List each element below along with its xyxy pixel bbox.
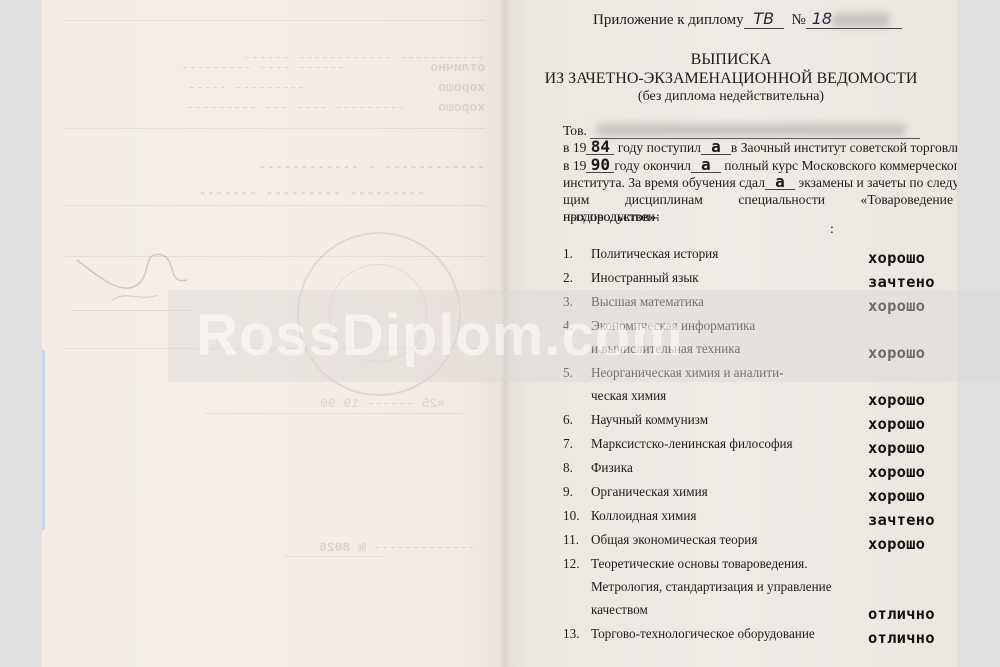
diploma-number: 18 — [806, 10, 902, 29]
subject-grade: зачтено — [868, 273, 935, 291]
subject-grade: хорошо — [868, 415, 925, 433]
subject-row: 6.Научный коммунизмхорошо — [563, 412, 943, 432]
intro-line-1: в 1984 году поступилав Заочный институт … — [563, 139, 953, 156]
subject-name: Органическая химия — [591, 484, 708, 500]
year-enrolled: 84 — [586, 140, 614, 155]
title-line-2: ИЗ ЗАЧЕТНО-ЭКЗАМЕНАЦИОННОЙ ВЕДОМОСТИ — [505, 69, 957, 88]
watermark: RossDiplom.com — [196, 290, 684, 382]
subject-name: Физика — [591, 460, 633, 476]
intro-line-4: щим дисциплинам специальности «Товаровед… — [563, 191, 953, 208]
subject-name: Научный коммунизм — [591, 412, 708, 428]
subject-number: 6. — [563, 412, 573, 428]
subject-grade: отлично — [868, 629, 935, 647]
subject-name: Иностранный язык — [591, 270, 699, 286]
bleed-date: «25 ------ 19 90 — [320, 396, 445, 411]
bleed-grade-3: хорошо — [438, 100, 485, 115]
subject-number: 11. — [563, 532, 579, 548]
gender-suffix-1: а — [701, 140, 731, 155]
subject-number: 12. — [563, 556, 579, 572]
number-sign: № — [791, 12, 805, 28]
bleed-grade-1: отлично — [430, 60, 485, 75]
bleed-grade-2: хорошо — [438, 80, 485, 95]
year-graduated: 90 — [586, 158, 614, 173]
subject-number: 10. — [563, 508, 579, 524]
subject-row: 12.Теоретические основы товароведения.Ме… — [563, 556, 943, 576]
subject-row: 1.Политическая историяхорошо — [563, 246, 943, 266]
student-name-redacted — [590, 123, 920, 139]
subject-number: 8. — [563, 460, 573, 476]
subject-name: Марксистско-ленинская философия — [591, 436, 793, 452]
intro-line-2: в 1990году окончила полный курс Московск… — [563, 157, 953, 174]
subject-name-continued: ческая химия — [591, 388, 666, 404]
intro-paragraph: Тов. в 1984 году поступилав Заочный инст… — [563, 122, 953, 226]
subject-grade: хорошо — [868, 439, 925, 457]
subject-grade: хорошо — [868, 249, 925, 267]
subject-name: Коллоидная химия — [591, 508, 696, 524]
subject-grade: хорошо — [868, 463, 925, 481]
tov-line: Тов. — [563, 122, 953, 139]
intro-line-5: ных продуктов»: — [563, 208, 953, 225]
subject-grade: хорошо — [868, 487, 925, 505]
diploma-series: ТВ — [744, 10, 784, 29]
subject-grade: зачтено — [868, 511, 935, 529]
subject-name: Торгово-технологическое оборудование — [591, 626, 815, 642]
title-block: ВЫПИСКА ИЗ ЗАЧЕТНО-ЭКЗАМЕНАЦИОННОЙ ВЕДОМ… — [505, 50, 957, 106]
subject-row: 2.Иностранный языкзачтено — [563, 270, 943, 290]
gender-suffix-2: а — [691, 158, 721, 173]
subject-number: 9. — [563, 484, 573, 500]
subject-name: Политическая история — [591, 246, 718, 262]
gender-suffix-3: а — [765, 175, 795, 190]
subject-row: 8.Физикахорошо — [563, 460, 943, 480]
subject-number: 7. — [563, 436, 573, 452]
subject-number: 2. — [563, 270, 573, 286]
subject-name-continued: Метрология, стандартизация и управление — [591, 579, 832, 595]
appendix-line: Приложение к дипломуТВ №18 — [593, 10, 902, 29]
subject-grade: хорошо — [868, 535, 925, 553]
tov-label: Тов. — [563, 123, 587, 138]
title-line-1: ВЫПИСКА — [505, 50, 957, 69]
subject-name-continued: качеством — [591, 602, 648, 618]
title-line-3: (без диплома недействительна) — [505, 88, 957, 106]
subject-name: Теоретические основы товароведения. — [591, 556, 808, 572]
subject-name: Общая экономическая теория — [591, 532, 757, 548]
subject-row: 7.Марксистско-ленинская философияхорошо — [563, 436, 943, 456]
subject-grade: отлично — [868, 605, 935, 623]
subject-row: 13.Торгово-технологическое оборудованиео… — [563, 626, 943, 646]
subject-row: 11.Общая экономическая теорияхорошо — [563, 532, 943, 552]
redacted-number — [832, 13, 890, 27]
subject-row: 10.Коллоидная химиязачтено — [563, 508, 943, 528]
subject-number: 13. — [563, 626, 579, 642]
page-edge — [42, 350, 45, 530]
intro-line-3: института. За время обучения сдала экзам… — [563, 174, 953, 191]
colon-mark: : — [830, 222, 834, 238]
subject-grade: хорошо — [868, 391, 925, 409]
subject-row: 9.Органическая химияхорошо — [563, 484, 943, 504]
appendix-label: Приложение к диплому — [593, 12, 744, 28]
subject-number: 1. — [563, 246, 573, 262]
